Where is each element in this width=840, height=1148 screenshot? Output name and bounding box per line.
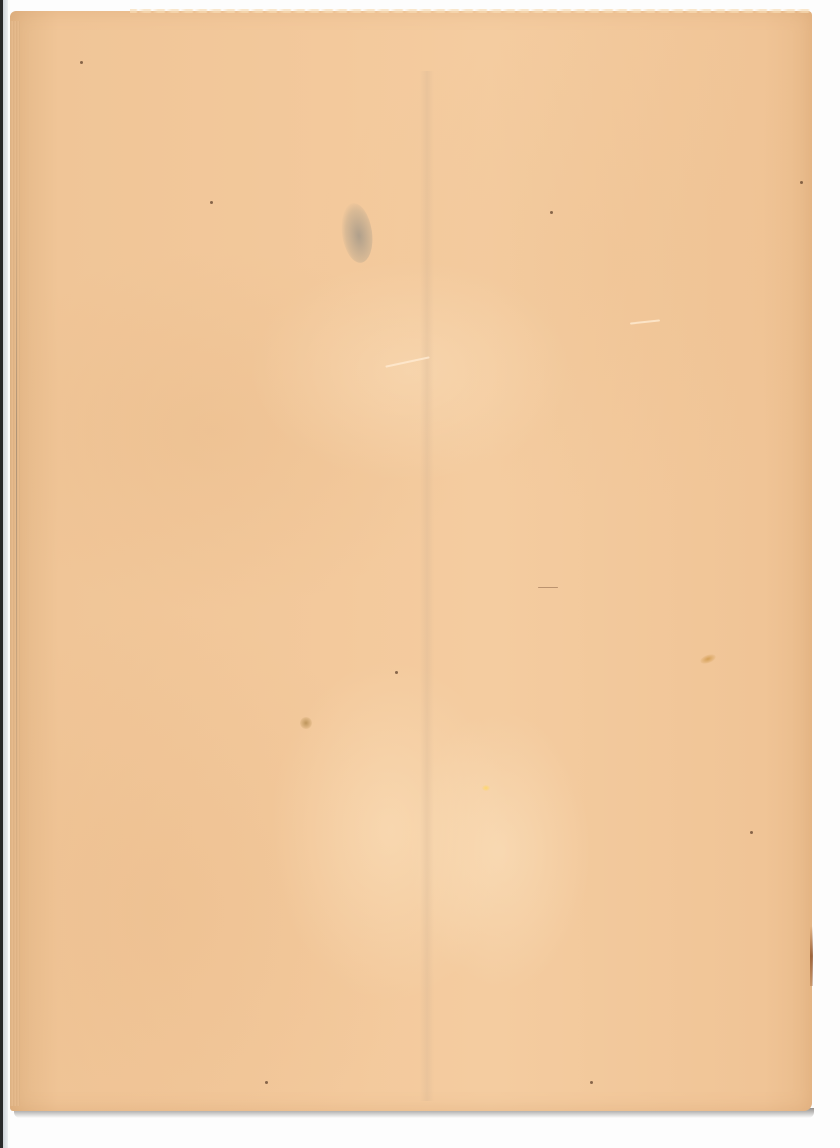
speck	[395, 671, 398, 674]
page-text	[10, 11, 11, 12]
vertical-fold	[420, 71, 434, 1101]
speck	[750, 831, 753, 834]
page-stack-edge	[10, 21, 20, 1106]
scanner-edge-highlight	[3, 0, 8, 1148]
speck	[265, 1081, 268, 1084]
ink-smudge	[338, 201, 376, 265]
stain-spot	[482, 785, 490, 791]
stain-spot	[699, 653, 717, 666]
binding-line	[16, 191, 17, 911]
paper-mark	[538, 587, 558, 588]
speck	[590, 1081, 593, 1084]
speck	[80, 61, 83, 64]
speck	[550, 211, 553, 214]
scanned-page	[0, 0, 840, 1148]
frayed-top-edge	[130, 9, 810, 13]
speck	[210, 201, 213, 204]
stain-spot	[300, 717, 312, 729]
edge-tear	[810, 926, 813, 986]
speck	[800, 181, 803, 184]
paper-sheet	[10, 11, 812, 1111]
paper-crease	[630, 319, 660, 324]
